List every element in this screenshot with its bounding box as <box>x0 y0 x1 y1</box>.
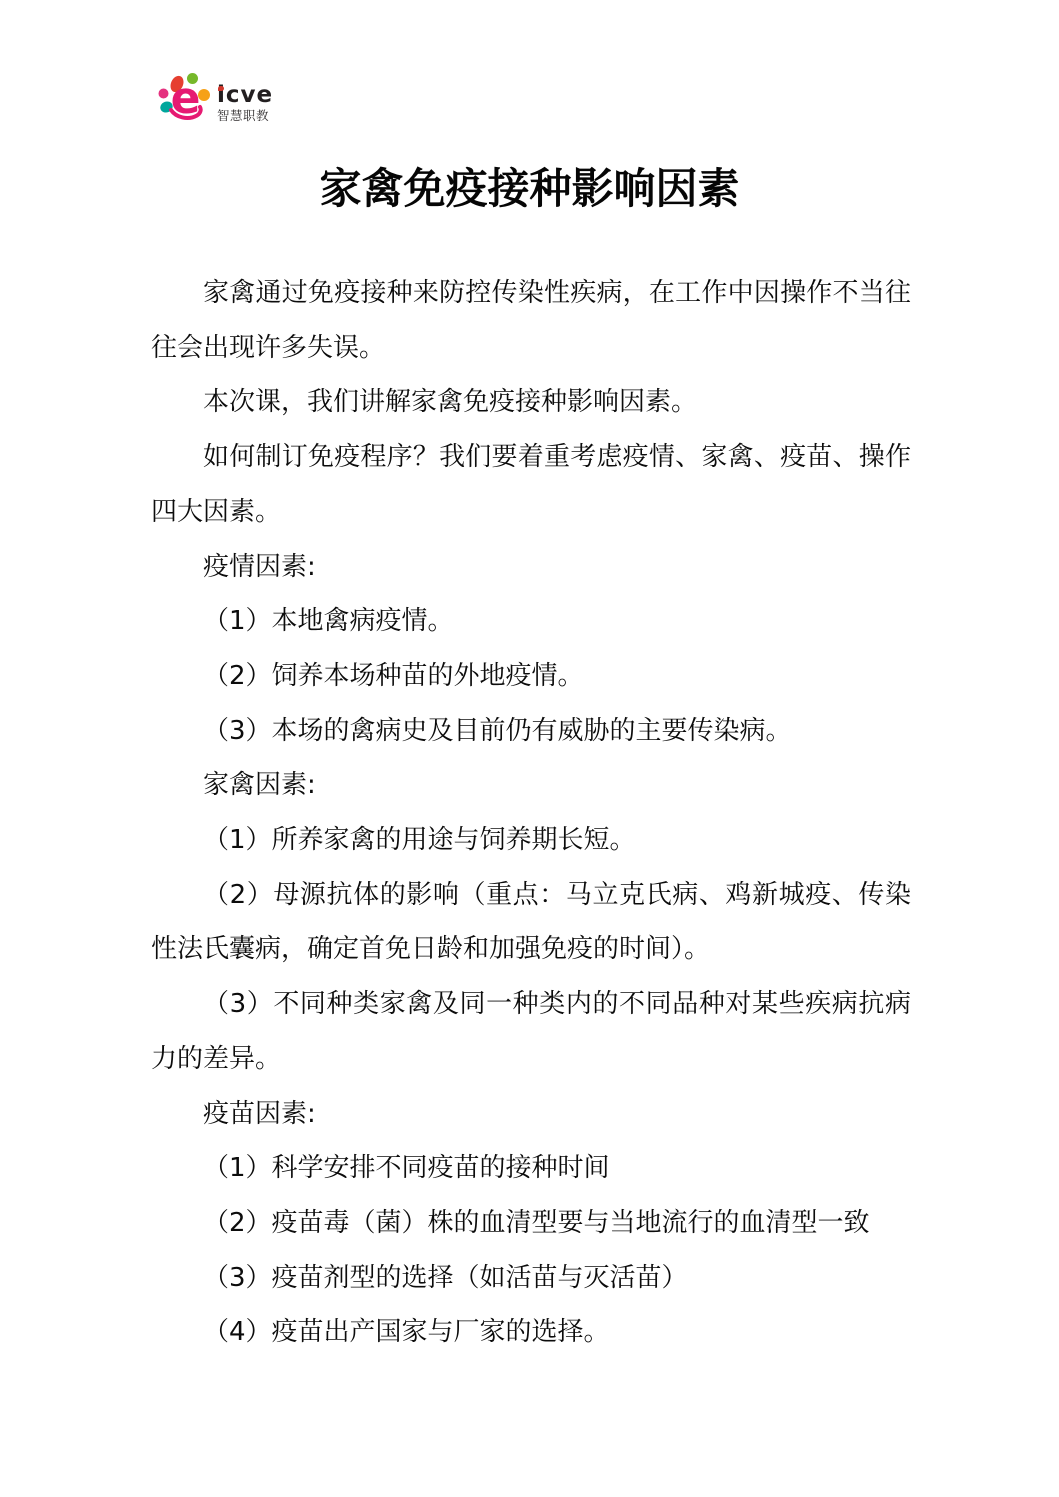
paragraph: 本次课，我们讲解家禽免疫接种影响因素。 <box>151 375 911 430</box>
paragraph: （3）不同种类家禽及同一种类内的不同品种对某些疾病抗病力的差异。 <box>151 977 911 1086</box>
icve-logo: e icve 智慧职教 <box>158 70 273 123</box>
flower-petal-pink <box>159 89 169 99</box>
paragraph: （2）饲养本场种苗的外地疫情。 <box>151 649 911 704</box>
paragraph: （1）本地禽病疫情。 <box>151 594 911 649</box>
paragraph: 家禽通过免疫接种来防控传染性疾病，在工作中因操作不当往往会出现许多失误。 <box>151 266 911 375</box>
logo-i-dot-accent <box>218 86 224 92</box>
paragraph: （1）所养家禽的用途与饲养期长短。 <box>151 813 911 868</box>
paragraph: （3）本场的禽病史及目前仍有威胁的主要传染病。 <box>151 704 911 759</box>
logo-brand-text: icve <box>217 82 273 108</box>
paragraph: （3）疫苗剂型的选择（如活苗与灭活苗） <box>151 1251 911 1306</box>
paragraph: （2）母源抗体的影响（重点：马立克氏病、鸡新城疫、传染性法氏囊病，确定首免日龄和… <box>151 868 911 977</box>
logo-text-block: icve 智慧职教 <box>217 84 273 123</box>
paragraph: 家禽因素: <box>151 758 911 813</box>
paragraph: 疫情因素: <box>151 540 911 595</box>
paragraph: 疫苗因素: <box>151 1087 911 1142</box>
paragraph: 如何制订免疫程序？我们要着重考虑疫情、家禽、疫苗、操作四大因素。 <box>151 430 911 539</box>
paragraph: （1）科学安排不同疫苗的接种时间 <box>151 1141 911 1196</box>
document-body: 家禽通过免疫接种来防控传染性疾病，在工作中因操作不当往往会出现许多失误。本次课，… <box>151 266 911 1360</box>
logo-subtitle: 智慧职教 <box>217 110 273 123</box>
icve-flower-icon: e <box>158 71 210 121</box>
document-page: e icve 智慧职教 家禽免疫接种影响因素 家禽通过免疫接种来防控传染性疾病，… <box>0 0 1059 1497</box>
paragraph: （2）疫苗毒（菌）株的血清型要与当地流行的血清型一致 <box>151 1196 911 1251</box>
document-title: 家禽免疫接种影响因素 <box>0 162 1059 218</box>
paragraph: （4）疫苗出产国家与厂家的选择。 <box>151 1305 911 1360</box>
